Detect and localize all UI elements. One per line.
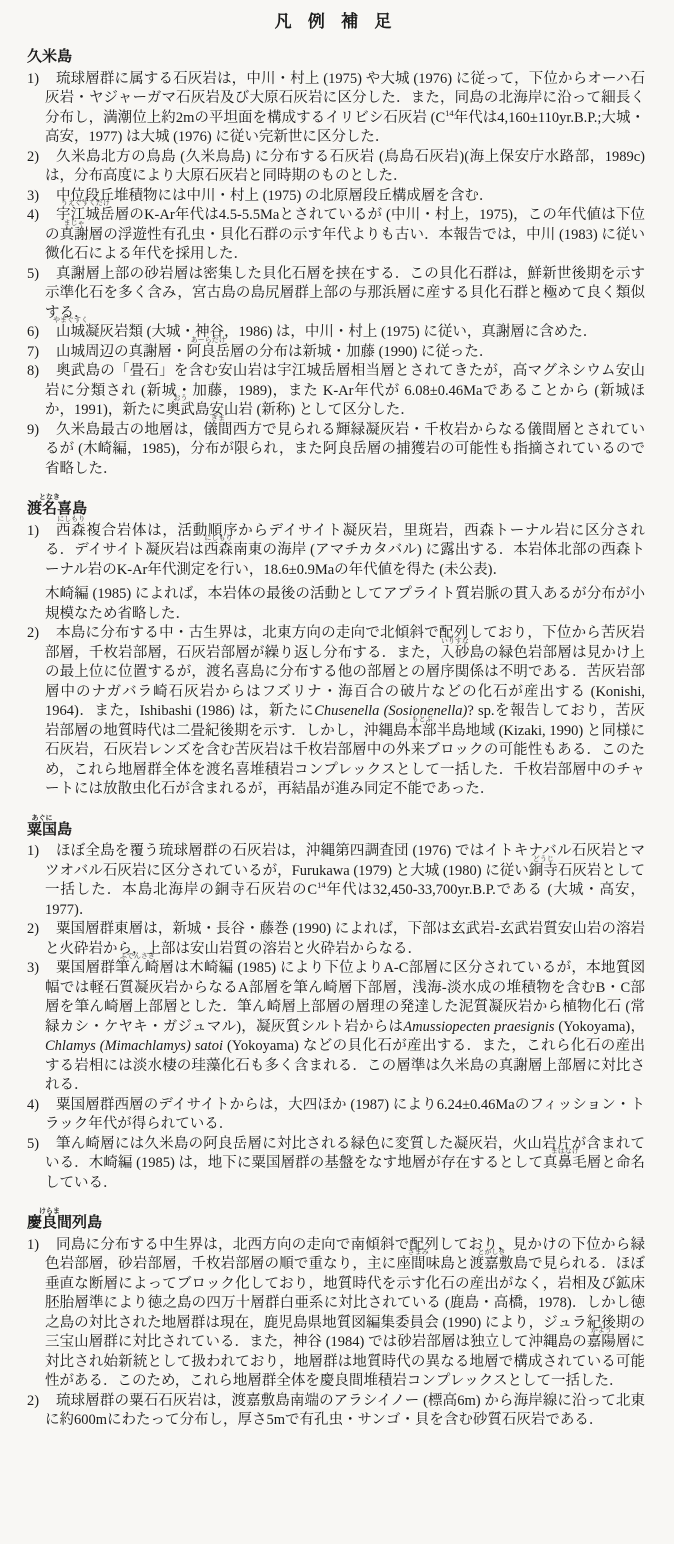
paragraph: 琉球層群の粟石石灰岩は，渡嘉敷島南端のアラシイノー (標高6m) から海岸線に沿… bbox=[45, 1392, 645, 1431]
item-paragraphs: 山城やまぐすく凝灰岩類 (大城・神谷，1986) は，中川・村上 (1975) … bbox=[45, 323, 645, 343]
numbered-item: 9) 久米島最古の地層は，儀間ぎま西方で見られる輝緑凝灰岩・千枚岩からなる儀間層… bbox=[27, 421, 645, 480]
furigana: となき bbox=[39, 494, 60, 501]
item-paragraphs: 粟国層群筆ん崎ふでんさき層は木崎編 (1985) により下位よりA-C部層に区分… bbox=[45, 959, 645, 1096]
item-paragraphs: 山城周辺の真謝層・阿良岳あーらだけ層の分布は新城・加藤 (1990) に従った． bbox=[45, 343, 645, 363]
item-number: 5) bbox=[27, 1135, 45, 1155]
item-number: 1) bbox=[27, 842, 45, 862]
paragraph: 真謝層上部の砂岩層は密集した貝化石層を挟在する．この貝化石群は，鮮新世後期を示す… bbox=[45, 265, 645, 324]
numbered-item: 1) 琉球層群に属する石灰岩は，中川・村上 (1975) や大城 (1976) … bbox=[27, 70, 645, 148]
paragraph: 筆ん崎層には久米島の阿良岳層に対比される緑色に変質した凝灰岩，火山岩片が含まれて… bbox=[45, 1135, 645, 1194]
numbered-item: 4) 粟国層群西層のデイサイトからは，大四ほか (1987) により6.24±0… bbox=[27, 1096, 645, 1135]
furigana: まじゃ bbox=[64, 220, 85, 227]
item-number: 1) bbox=[27, 522, 45, 542]
numbered-item: 8) 奥武島の「畳石」を含む安山岩は宇江城岳層相当層とされてきたが，高マグネシウ… bbox=[27, 362, 645, 421]
paragraph: ほぼ全島を覆う琉球層群の石灰岩は，沖縄第四調査団 (1976) ではイトキナバル… bbox=[45, 842, 645, 920]
paragraph: 奥武島の「畳石」を含む安山岩は宇江城岳層相当層とされてきたが，高マグネシウム安山… bbox=[45, 362, 645, 421]
furigana: やまぐすく bbox=[53, 317, 88, 324]
item-paragraphs: 西森にしもり複合岩体は，活動順序からデイサイト凝灰岩，里斑岩，西森トーナル岩に区… bbox=[45, 522, 645, 625]
section-items: 1) 西森にしもり複合岩体は，活動順序からデイサイト凝灰岩，里斑岩，西森トーナル… bbox=[27, 522, 645, 800]
item-paragraphs: 粟国層群西層のデイサイトからは，大四ほか (1987) により6.24±0.46… bbox=[45, 1096, 645, 1135]
item-number: 3) bbox=[27, 959, 45, 979]
furigana: とかしき bbox=[477, 1249, 505, 1256]
furigana: あぐに bbox=[32, 815, 53, 822]
numbered-item: 1) ほぼ全島を覆う琉球層群の石灰岩は，沖縄第四調査団 (1976) ではイトキ… bbox=[27, 842, 645, 920]
furigana: いりすな bbox=[441, 638, 469, 645]
furigana: もとぶ bbox=[412, 716, 433, 723]
furigana: にしもり bbox=[205, 535, 233, 542]
furigana: にしもり bbox=[57, 516, 85, 523]
furigana: ぎま bbox=[211, 415, 225, 422]
island-section: 久米島 1) 琉球層群に属する石灰岩は，中川・村上 (1975) や大城 (19… bbox=[27, 48, 645, 479]
item-paragraphs: 本島に分布する中・古生界は，北東方向の走向で北傾斜で配列しており，下位から苦灰岩… bbox=[45, 624, 645, 800]
item-number: 2) bbox=[27, 920, 45, 940]
section-heading: 粟国あぐに島 bbox=[27, 821, 645, 841]
item-number: 4) bbox=[27, 1096, 45, 1116]
paragraph: 西森にしもり複合岩体は，活動順序からデイサイト凝灰岩，里斑岩，西森トーナル岩に区… bbox=[45, 522, 645, 581]
item-number: 4) bbox=[27, 206, 45, 226]
island-section: 慶良間けらま列島 1) 同島に分布する中生界は，北西方向の走向で南傾斜で配列して… bbox=[27, 1214, 645, 1431]
paragraph: 同島に分布する中生界は，北西方向の走向で南傾斜で配列しており，見かけの下位から緑… bbox=[45, 1236, 645, 1392]
furigana: けらま bbox=[39, 1208, 60, 1215]
numbered-item: 5) 筆ん崎層には久米島の阿良岳層に対比される緑色に変質した凝灰岩，火山岩片が含… bbox=[27, 1135, 645, 1194]
numbered-item: 7) 山城周辺の真謝層・阿良岳あーらだけ層の分布は新城・加藤 (1990) に従… bbox=[27, 343, 645, 363]
numbered-item: 3) 中位段丘堆積物には中川・村上 (1975) の北原層段丘構成層を含む． bbox=[27, 187, 645, 207]
item-paragraphs: 筆ん崎層には久米島の阿良岳層に対比される緑色に変質した凝灰岩，火山岩片が含まれて… bbox=[45, 1135, 645, 1194]
paragraph: 山城やまぐすく凝灰岩類 (大城・神谷，1986) は，中川・村上 (1975) … bbox=[45, 323, 645, 343]
item-number: 1) bbox=[27, 70, 45, 90]
item-number: 1) bbox=[27, 1236, 45, 1256]
numbered-item: 2) 久米島北方の鳥島 (久米鳥島) に分布する石灰岩 (鳥島石灰岩)(海上保安… bbox=[27, 148, 645, 187]
furigana: かよう bbox=[591, 1327, 612, 1334]
item-paragraphs: 宇江城岳うえぐすくだけ層のK-Ar年代は4.5-5.5Maとされているが (中川… bbox=[45, 206, 645, 265]
item-number: 3) bbox=[27, 187, 45, 207]
numbered-item: 3) 粟国層群筆ん崎ふでんさき層は木崎編 (1985) により下位よりA-C部層… bbox=[27, 959, 645, 1096]
item-paragraphs: 琉球層群の粟石石灰岩は，渡嘉敷島南端のアラシイノー (標高6m) から海岸線に沿… bbox=[45, 1392, 645, 1431]
paragraph: 宇江城岳うえぐすくだけ層のK-Ar年代は4.5-5.5Maとされているが (中川… bbox=[45, 206, 645, 265]
numbered-item: 4) 宇江城岳うえぐすくだけ層のK-Ar年代は4.5-5.5Maとされているが … bbox=[27, 206, 645, 265]
numbered-item: 1) 同島に分布する中生界は，北西方向の走向で南傾斜で配列しており，見かけの下位… bbox=[27, 1236, 645, 1392]
page-title: 凡 例 補 足 bbox=[27, 10, 645, 34]
sections-container: 久米島 1) 琉球層群に属する石灰岩は，中川・村上 (1975) や大城 (19… bbox=[27, 48, 645, 1431]
item-number: 2) bbox=[27, 148, 45, 168]
furigana: うえぐすくだけ bbox=[61, 200, 110, 207]
furigana: ふでんさき bbox=[120, 953, 155, 960]
numbered-item: 2) 琉球層群の粟石石灰岩は，渡嘉敷島南端のアラシイノー (標高6m) から海岸… bbox=[27, 1392, 645, 1431]
paragraph: 久米島最古の地層は，儀間ぎま西方で見られる輝緑凝灰岩・千枚岩からなる儀間層とされ… bbox=[45, 421, 645, 480]
item-paragraphs: 同島に分布する中生界は，北西方向の走向で南傾斜で配列しており，見かけの下位から緑… bbox=[45, 1236, 645, 1392]
item-paragraphs: 久米島北方の鳥島 (久米鳥島) に分布する石灰岩 (鳥島石灰岩)(海上保安庁水路… bbox=[45, 148, 645, 187]
section-heading: 慶良間けらま列島 bbox=[27, 1214, 645, 1234]
island-section: 粟国あぐに島 1) ほぼ全島を覆う琉球層群の石灰岩は，沖縄第四調査団 (1976… bbox=[27, 821, 645, 1194]
item-paragraphs: 中位段丘堆積物には中川・村上 (1975) の北原層段丘構成層を含む． bbox=[45, 187, 645, 207]
item-number: 9) bbox=[27, 421, 45, 441]
numbered-item: 2) 本島に分布する中・古生界は，北東方向の走向で北傾斜で配列しており，下位から… bbox=[27, 624, 645, 800]
scanned-document-page: 凡 例 補 足 久米島 1) 琉球層群に属する石灰岩は，中川・村上 (1975)… bbox=[0, 0, 674, 1544]
item-paragraphs: ほぼ全島を覆う琉球層群の石灰岩は，沖縄第四調査団 (1976) ではイトキナバル… bbox=[45, 842, 645, 920]
section-heading: 渡名喜となき島 bbox=[27, 500, 645, 520]
paragraph: 本島に分布する中・古生界は，北東方向の走向で北傾斜で配列しており，下位から苦灰岩… bbox=[45, 624, 645, 800]
item-paragraphs: 真謝層上部の砂岩層は密集した貝化石層を挟在する．この貝化石群は，鮮新世後期を示す… bbox=[45, 265, 645, 324]
furigana: あーらだけ bbox=[191, 337, 226, 344]
paragraph: 木崎編 (1985) によれば，本岩体の最後の活動としてアプライト質岩脈の貫入あ… bbox=[45, 585, 645, 624]
item-number: 8) bbox=[27, 362, 45, 382]
paragraph: 粟国層群西層のデイサイトからは，大四ほか (1987) により6.24±0.46… bbox=[45, 1096, 645, 1135]
paragraph: 琉球層群に属する石灰岩は，中川・村上 (1975) や大城 (1976) に従っ… bbox=[45, 70, 645, 148]
section-items: 1) 琉球層群に属する石灰岩は，中川・村上 (1975) や大城 (1976) … bbox=[27, 70, 645, 480]
item-number: 6) bbox=[27, 323, 45, 343]
item-number: 2) bbox=[27, 624, 45, 644]
furigana: おう bbox=[173, 395, 187, 402]
furigana: どうじ bbox=[533, 856, 554, 863]
paragraph: 山城周辺の真謝層・阿良岳あーらだけ層の分布は新城・加藤 (1990) に従った． bbox=[45, 343, 645, 363]
paragraph: 久米島北方の鳥島 (久米鳥島) に分布する石灰岩 (鳥島石灰岩)(海上保安庁水路… bbox=[45, 148, 645, 187]
item-paragraphs: 奥武島の「畳石」を含む安山岩は宇江城岳層相当層とされてきたが，高マグネシウム安山… bbox=[45, 362, 645, 421]
section-heading: 久米島 bbox=[27, 48, 645, 68]
island-section: 渡名喜となき島 1) 西森にしもり複合岩体は，活動順序からデイサイト凝灰岩，里斑… bbox=[27, 500, 645, 800]
furigana: まはなげ bbox=[551, 1148, 579, 1155]
numbered-item: 5) 真謝層上部の砂岩層は密集した貝化石層を挟在する．この貝化石群は，鮮新世後期… bbox=[27, 265, 645, 324]
section-items: 1) ほぼ全島を覆う琉球層群の石灰岩は，沖縄第四調査団 (1976) ではイトキ… bbox=[27, 842, 645, 1193]
furigana: ざまみ bbox=[408, 1249, 429, 1256]
numbered-item: 6) 山城やまぐすく凝灰岩類 (大城・神谷，1986) は，中川・村上 (197… bbox=[27, 323, 645, 343]
item-number: 2) bbox=[27, 1392, 45, 1412]
paragraph: 粟国層群筆ん崎ふでんさき層は木崎編 (1985) により下位よりA-C部層に区分… bbox=[45, 959, 645, 1096]
section-items: 1) 同島に分布する中生界は，北西方向の走向で南傾斜で配列しており，見かけの下位… bbox=[27, 1236, 645, 1431]
item-number: 5) bbox=[27, 265, 45, 285]
item-paragraphs: 琉球層群に属する石灰岩は，中川・村上 (1975) や大城 (1976) に従っ… bbox=[45, 70, 645, 148]
item-paragraphs: 久米島最古の地層は，儀間ぎま西方で見られる輝緑凝灰岩・千枚岩からなる儀間層とされ… bbox=[45, 421, 645, 480]
numbered-item: 1) 西森にしもり複合岩体は，活動順序からデイサイト凝灰岩，里斑岩，西森トーナル… bbox=[27, 522, 645, 625]
item-number: 7) bbox=[27, 343, 45, 363]
paragraph: 中位段丘堆積物には中川・村上 (1975) の北原層段丘構成層を含む． bbox=[45, 187, 645, 207]
